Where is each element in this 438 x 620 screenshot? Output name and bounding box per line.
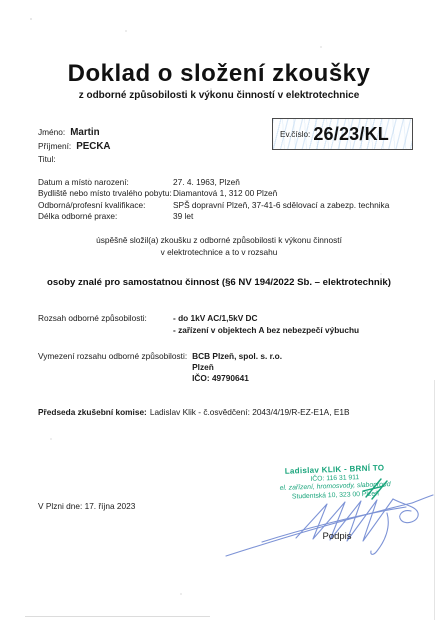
title-row: Titul: [38, 153, 111, 166]
scope-label: Rozsah odborné způsobilosti: [38, 313, 173, 336]
document-title: Doklad o složení zkoušky [0, 60, 438, 88]
handwritten-signature [226, 495, 433, 556]
qualification-scope-heading: osoby znalé pro samostatnou činnost (§6 … [0, 277, 438, 288]
detail-value: 27. 4. 1963, Plzeň [173, 177, 240, 188]
scope-item: - zařízení v objektech A bez nebezpečí v… [173, 325, 359, 337]
evidence-number-value: 26/23/KL [313, 124, 389, 145]
detail-row: Datum a místo narození: 27. 4. 1963, Plz… [38, 177, 428, 188]
surname-row: Příjmení:PECKA [38, 140, 111, 154]
detail-label: Bydliště nebo místo trvalého pobytu: [38, 188, 173, 199]
signature-label: Podpis [305, 531, 369, 542]
identity-block: Jméno:Martin Příjmení:PECKA Titul: [38, 126, 111, 166]
statement-line-1: úspěšně složil(a) zkoušku z odborné způs… [0, 235, 438, 247]
detail-label: Datum a místo narození: [38, 177, 173, 188]
scan-noise [30, 18, 32, 20]
detail-value: SPŠ dopravní Plzeň, 37-41-6 sdělovací a … [173, 200, 389, 211]
detail-label: Délka odborné praxe: [38, 211, 173, 222]
scan-artifact-line [434, 380, 435, 620]
name-value: Martin [70, 127, 99, 138]
delimitation-line: BCB Plzeň, spol. s. r.o. [192, 351, 282, 362]
committee-value: Ladislav Klik - č.osvědčení: 2043/4/19/R… [150, 407, 350, 417]
committee-row: Předseda zkušební komise:Ladislav Klik -… [38, 407, 350, 417]
name-row: Jméno:Martin [38, 126, 111, 140]
detail-label: Odborná/profesní kvalifikace: [38, 200, 173, 211]
delimitation-lines: BCB Plzeň, spol. s. r.o. Plzeň IČO: 4979… [192, 351, 282, 385]
detail-row: Bydliště nebo místo trvalého pobytu: Dia… [38, 188, 428, 199]
evidence-number-label: Ev.číslo: [280, 130, 310, 139]
company-stamp: Ladislav KLIK - BRNÍ TO IČO: 116 31 911 … [255, 462, 414, 503]
detail-value: 39 let [173, 211, 193, 222]
detail-value: Diamantová 1, 312 00 Plzeň [173, 188, 277, 199]
personal-details: Datum a místo narození: 27. 4. 1963, Plz… [38, 177, 428, 222]
evidence-number-box: Ev.číslo: 26/23/KL [272, 118, 413, 150]
detail-row: Odborná/profesní kvalifikace: SPŠ doprav… [38, 200, 428, 211]
surname-label: Příjmení: [38, 141, 71, 151]
scope-item: - do 1kV AC/1,5kV DC [173, 313, 359, 325]
title-label: Titul: [38, 154, 56, 164]
delimitation-block: Vymezení rozsahu odborné způsobilosti: B… [38, 351, 282, 385]
surname-value: PECKA [76, 141, 110, 152]
committee-label: Předseda zkušební komise: [38, 407, 147, 417]
delimitation-line: Plzeň [192, 362, 282, 373]
delimitation-line: IČO: 49790641 [192, 373, 282, 384]
place-date: V Plzni dne: 17. října 2023 [38, 501, 135, 511]
document-subtitle: z odborné způsobilosti k výkonu činností… [0, 90, 438, 101]
statement-line-2: v elektrotechnice a to v rozsahu [0, 247, 438, 259]
name-label: Jméno: [38, 127, 65, 137]
scope-items: - do 1kV AC/1,5kV DC - zařízení v objekt… [173, 313, 359, 336]
detail-row: Délka odborné praxe: 39 let [38, 211, 428, 222]
delimitation-label: Vymezení rozsahu odborné způsobilosti: [38, 351, 187, 385]
certificate-page: Doklad o složení zkoušky z odborné způso… [0, 0, 438, 620]
scan-artifact-line [25, 616, 210, 617]
exam-statement: úspěšně složil(a) zkoušku z odborné způs… [0, 235, 438, 258]
scope-block: Rozsah odborné způsobilosti: - do 1kV AC… [38, 313, 359, 336]
